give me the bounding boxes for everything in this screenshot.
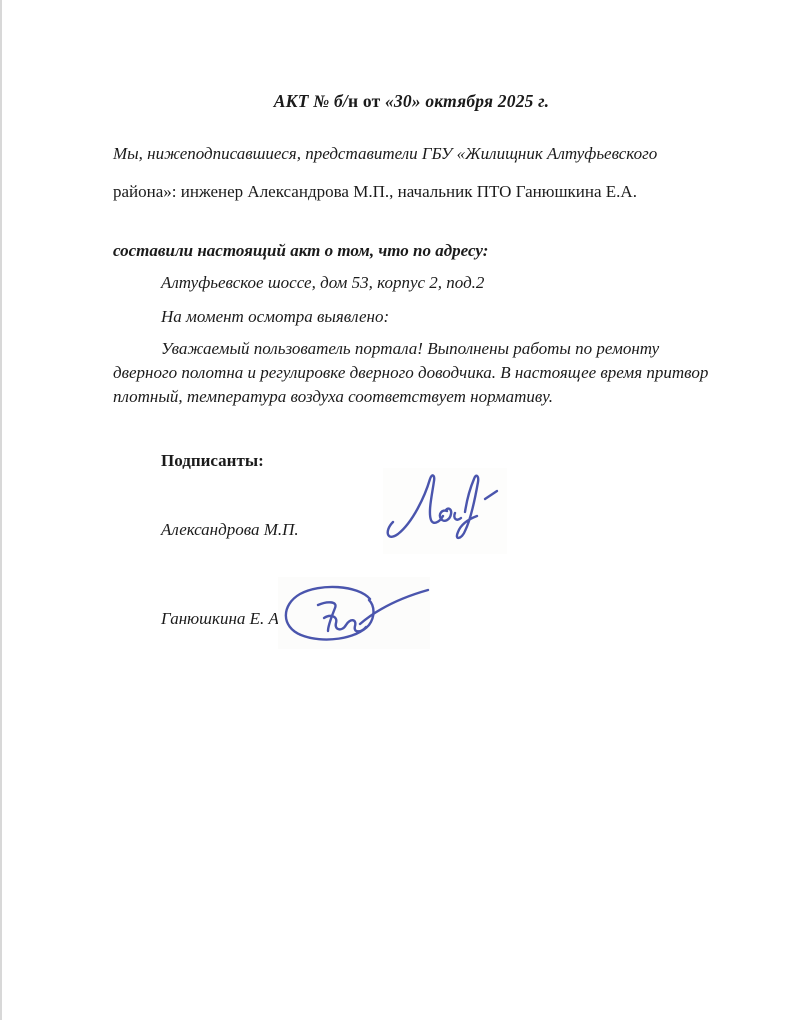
title-italic-lead: АКТ № б/: [274, 91, 348, 111]
inspection-lead: На момент осмотра выявлено:: [113, 305, 710, 329]
signature-ink-icon: [383, 468, 507, 554]
signer-name: Александрова М.П.: [161, 520, 299, 539]
intro-italic-part: Мы, нижеподписавшиеся, представители ГБУ…: [113, 144, 657, 163]
findings-paragraph: Уважаемый пользователь портала! Выполнен…: [113, 337, 710, 409]
signature-strokes: [286, 587, 428, 640]
document-page: АКТ № б/н от «30» октября 2025 г. Мы, ни…: [0, 0, 788, 1020]
document-content: АКТ № б/н от «30» октября 2025 г. Мы, ни…: [2, 0, 788, 631]
title-upright-mid: н от: [348, 91, 385, 111]
title-italic-tail: «30» октября 2025 г.: [385, 91, 549, 111]
signers-heading: Подписанты:: [161, 449, 710, 473]
signer-row-ganyushkina: Ганюшкина Е. А.: [161, 607, 710, 631]
signature-ink-icon: [278, 577, 430, 649]
intro-paragraph: Мы, нижеподписавшиеся, представители ГБУ…: [113, 135, 710, 211]
document-title: АКТ № б/н от «30» октября 2025 г.: [113, 90, 710, 112]
intro-regular-part: района»: инженер Александрова М.П., нача…: [113, 182, 637, 201]
statement-heading: составили настоящий акт о том, что по ад…: [113, 239, 710, 263]
signer-name: Ганюшкина Е. А.: [161, 609, 283, 628]
signer-row-aleksandrova: Александрова М.П.: [161, 518, 710, 542]
signature-strokes: [388, 475, 497, 538]
address-line: Алтуфьевское шоссе, дом 53, корпус 2, по…: [113, 271, 710, 295]
